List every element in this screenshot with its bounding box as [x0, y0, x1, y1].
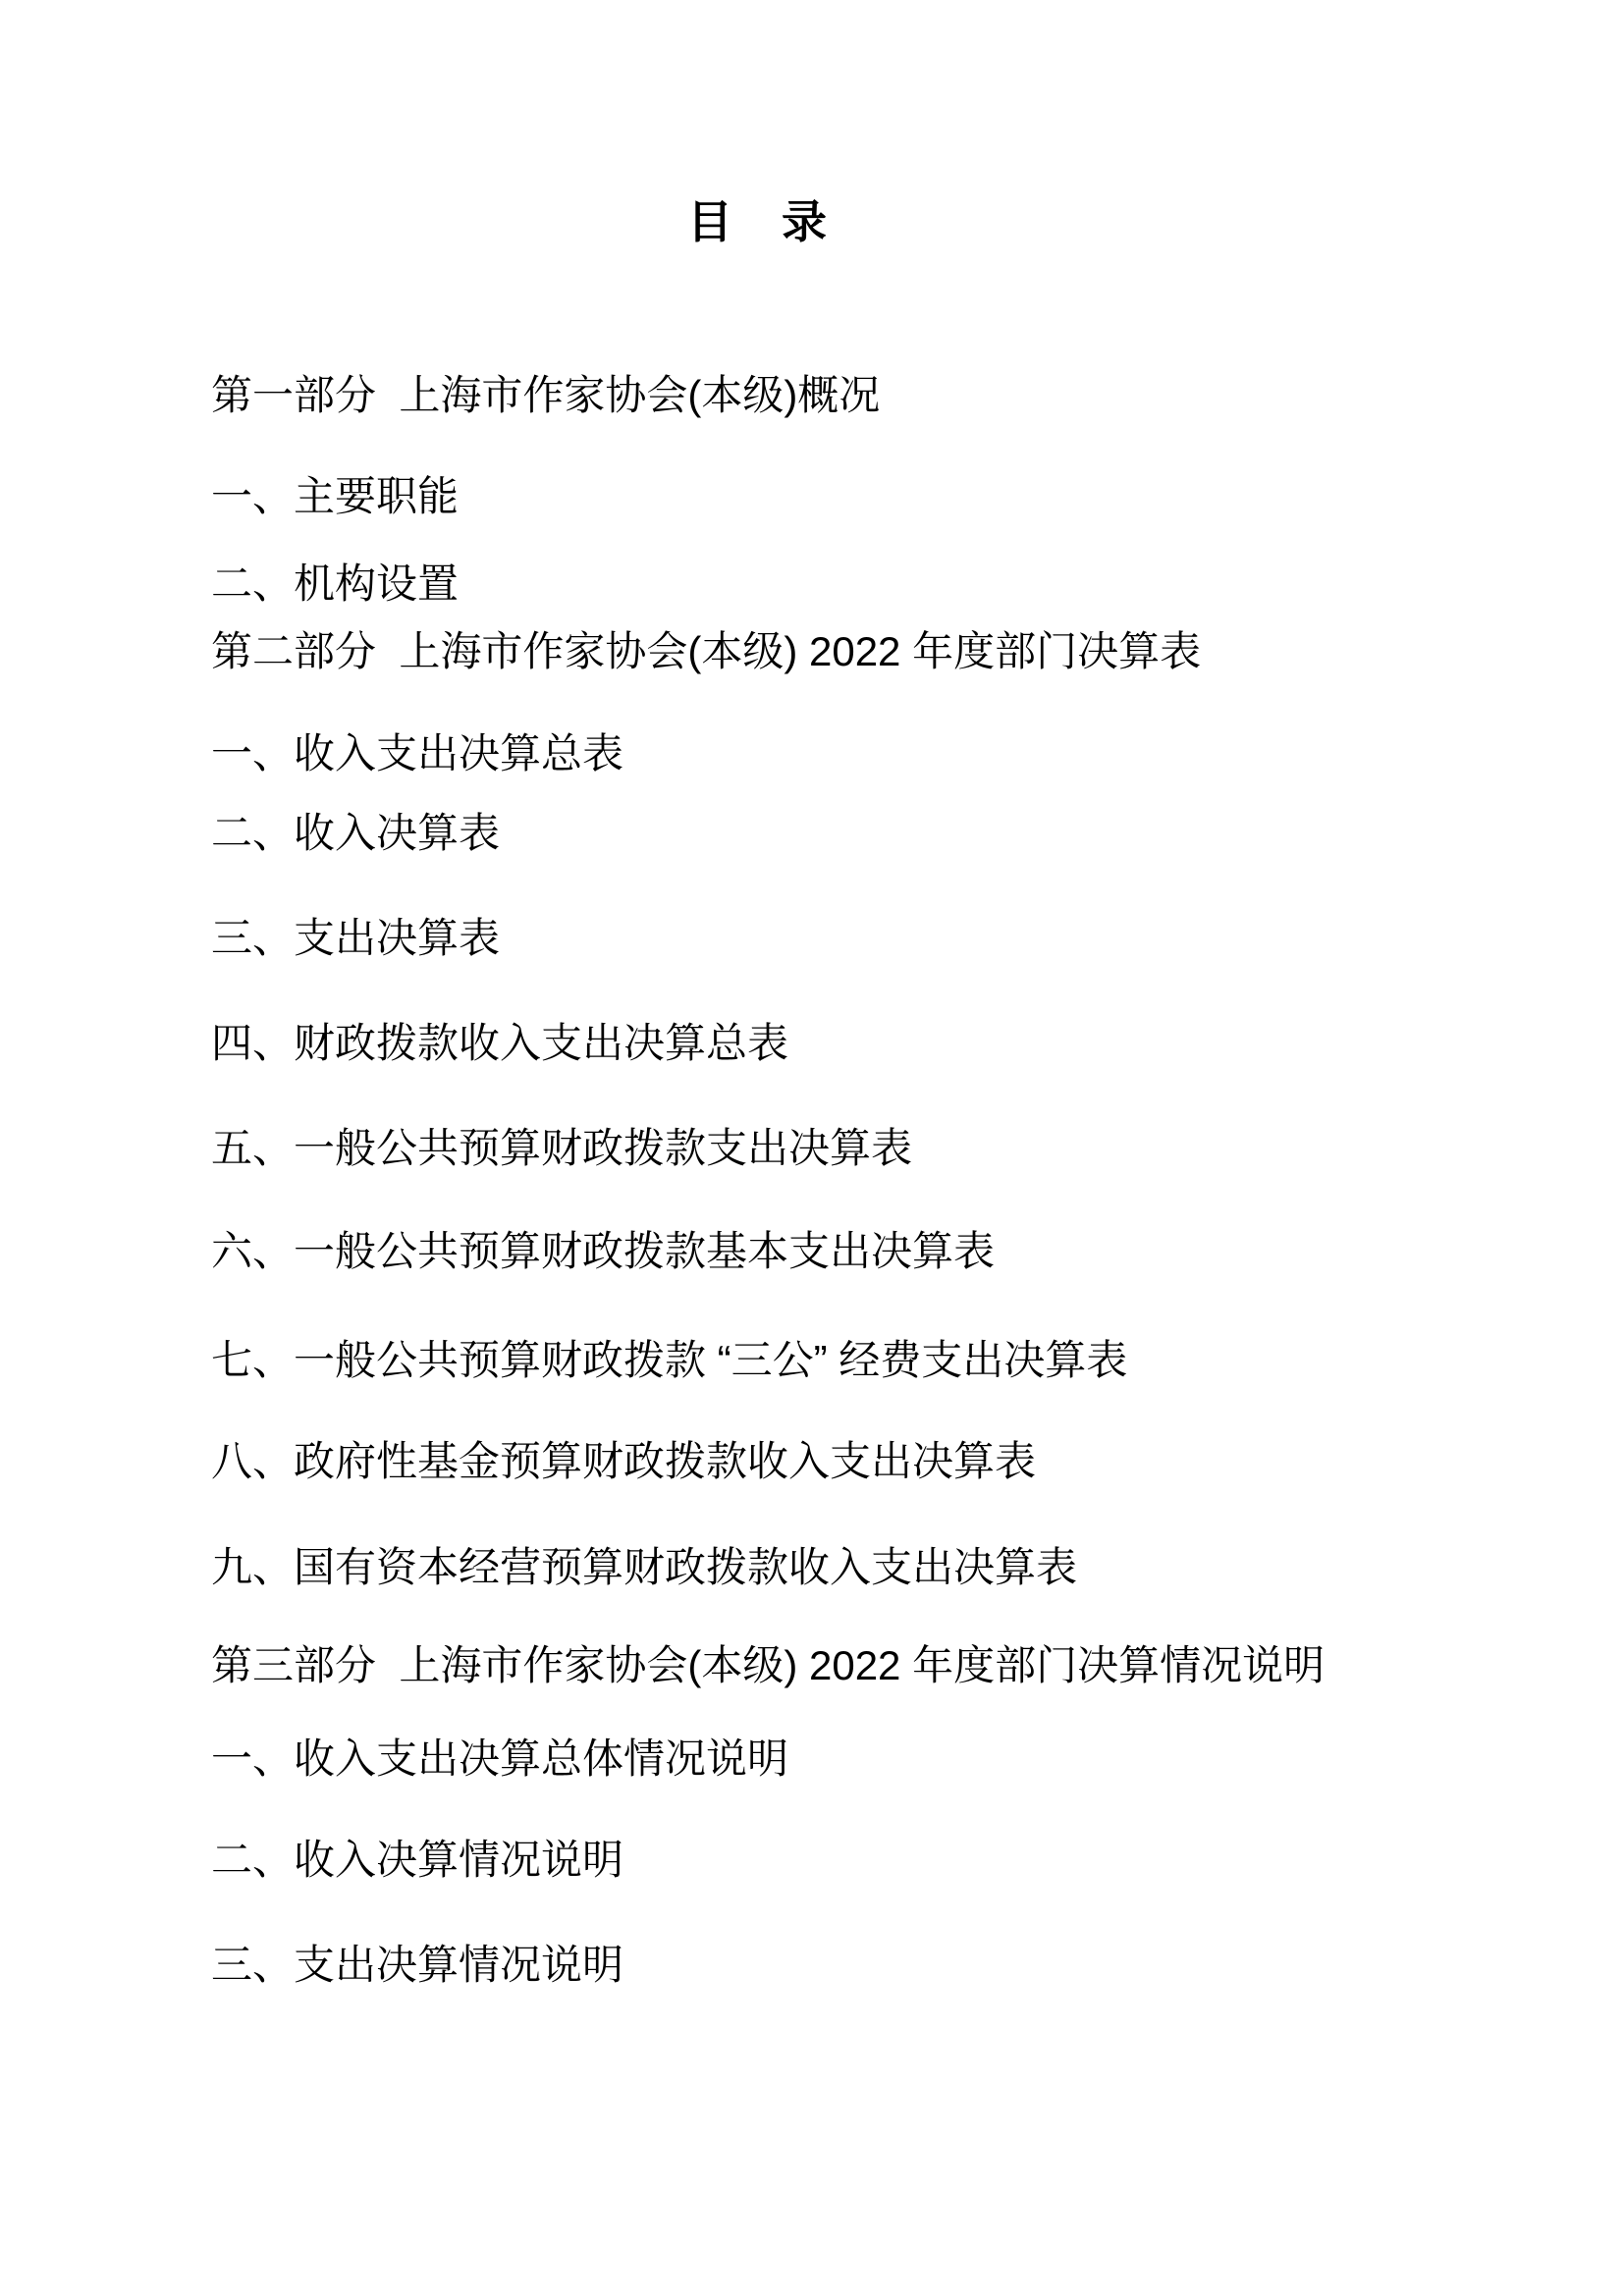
toc-item: 六、一般公共预算财政拨款基本支出决算表 — [211, 1231, 995, 1272]
toc-item: 八、政府性基金预算财政拨款收入支出决算表 — [211, 1441, 1036, 1482]
toc-part-heading: 第三部分 上海市作家协会(本级) 2022 年度部门决算情况说明 — [211, 1645, 1325, 1686]
toc-part-heading: 第二部分 上海市作家协会(本级) 2022 年度部门决算表 — [211, 631, 1201, 672]
toc-item: 一、收入支出决算总表 — [211, 733, 623, 774]
toc-item: 二、收入决算情况说明 — [211, 1840, 623, 1881]
document-page: 目 录 第一部分 上海市作家协会(本级)概况 一、主要职能 二、机构设置 第二部… — [0, 0, 1624, 2296]
page-title: 目 录 — [0, 199, 1516, 244]
toc-part-heading: 第一部分 上海市作家协会(本级)概况 — [211, 375, 880, 416]
toc-item: 九、国有资本经营预算财政拨款收入支出决算表 — [211, 1547, 1077, 1588]
toc-item: 七、一般公共预算财政拨款 “三公” 经费支出决算表 — [211, 1340, 1127, 1381]
toc-item: 三、支出决算情况说明 — [211, 1945, 623, 1986]
toc-item: 四、财政拨款收入支出决算总表 — [211, 1023, 788, 1064]
toc-item: 一、收入支出决算总体情况说明 — [211, 1738, 788, 1780]
toc-item: 二、收入决算表 — [211, 813, 500, 854]
toc-item: 二、机构设置 — [211, 563, 459, 605]
toc-item: 三、支出决算表 — [211, 918, 500, 959]
toc-item: 一、主要职能 — [211, 476, 459, 517]
toc-item: 五、一般公共预算财政拨款支出决算表 — [211, 1128, 912, 1169]
